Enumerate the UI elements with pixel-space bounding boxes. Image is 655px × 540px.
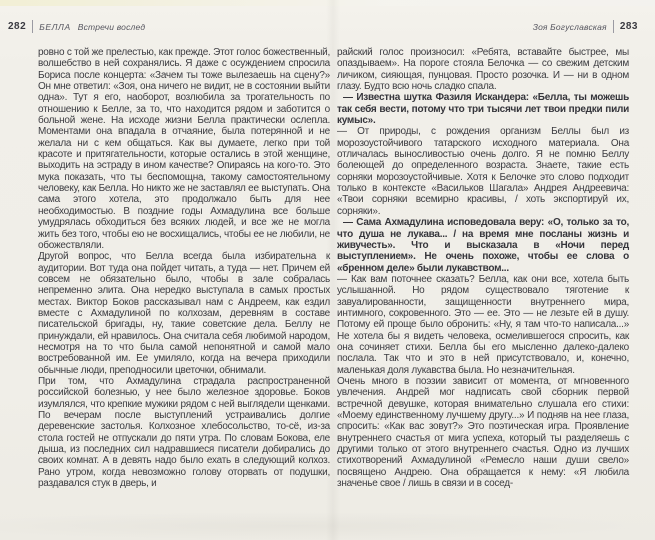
left-running-title: БЕЛЛАВстречи вослед — [39, 22, 145, 32]
running-book-title: БЕЛЛА — [39, 22, 71, 32]
body-paragraph: Другой вопрос, что Белла всегда была изб… — [38, 251, 330, 376]
right-running-header: Зоя Богуславская 283 — [533, 20, 638, 33]
book-spread: 282 БЕЛЛАВстречи вослед ровно с той же п… — [0, 0, 655, 540]
qa-question-paragraph: — Известна шутка Фазиля Искандера: «Белл… — [337, 92, 629, 126]
running-chapter-title: Встречи вослед — [78, 22, 146, 32]
qa-answer-paragraph: — Как вам поточнее сказать? Белла, как о… — [337, 274, 629, 376]
qa-question-paragraph: — Сама Ахмадулина исповедовала веру: «О,… — [337, 217, 629, 274]
left-page-number: 282 — [8, 21, 26, 32]
left-page-body: ровно с той же прелестью, как прежде. Эт… — [38, 47, 330, 489]
body-paragraph: При том, что Ахмадулина страдала распрос… — [38, 376, 330, 489]
header-divider — [32, 20, 33, 33]
scan-edge-bottom — [0, 512, 655, 540]
qa-answer-paragraph: Очень много в поэзии зависит от момента,… — [337, 376, 629, 489]
header-divider — [613, 20, 614, 33]
running-author-name: Зоя Богуславская — [533, 22, 607, 32]
right-page-body: райский голос произносил: «Ребята, встав… — [337, 47, 629, 489]
right-page-number: 283 — [620, 21, 638, 32]
qa-answer-paragraph: — От природы, с рождения организм Беллы … — [337, 126, 629, 217]
left-running-header: 282 БЕЛЛАВстречи вослед — [8, 20, 145, 33]
qa-answer-paragraph: райский голос произносил: «Ребята, встав… — [337, 47, 629, 92]
body-paragraph: ровно с той же прелестью, как прежде. Эт… — [38, 47, 330, 251]
